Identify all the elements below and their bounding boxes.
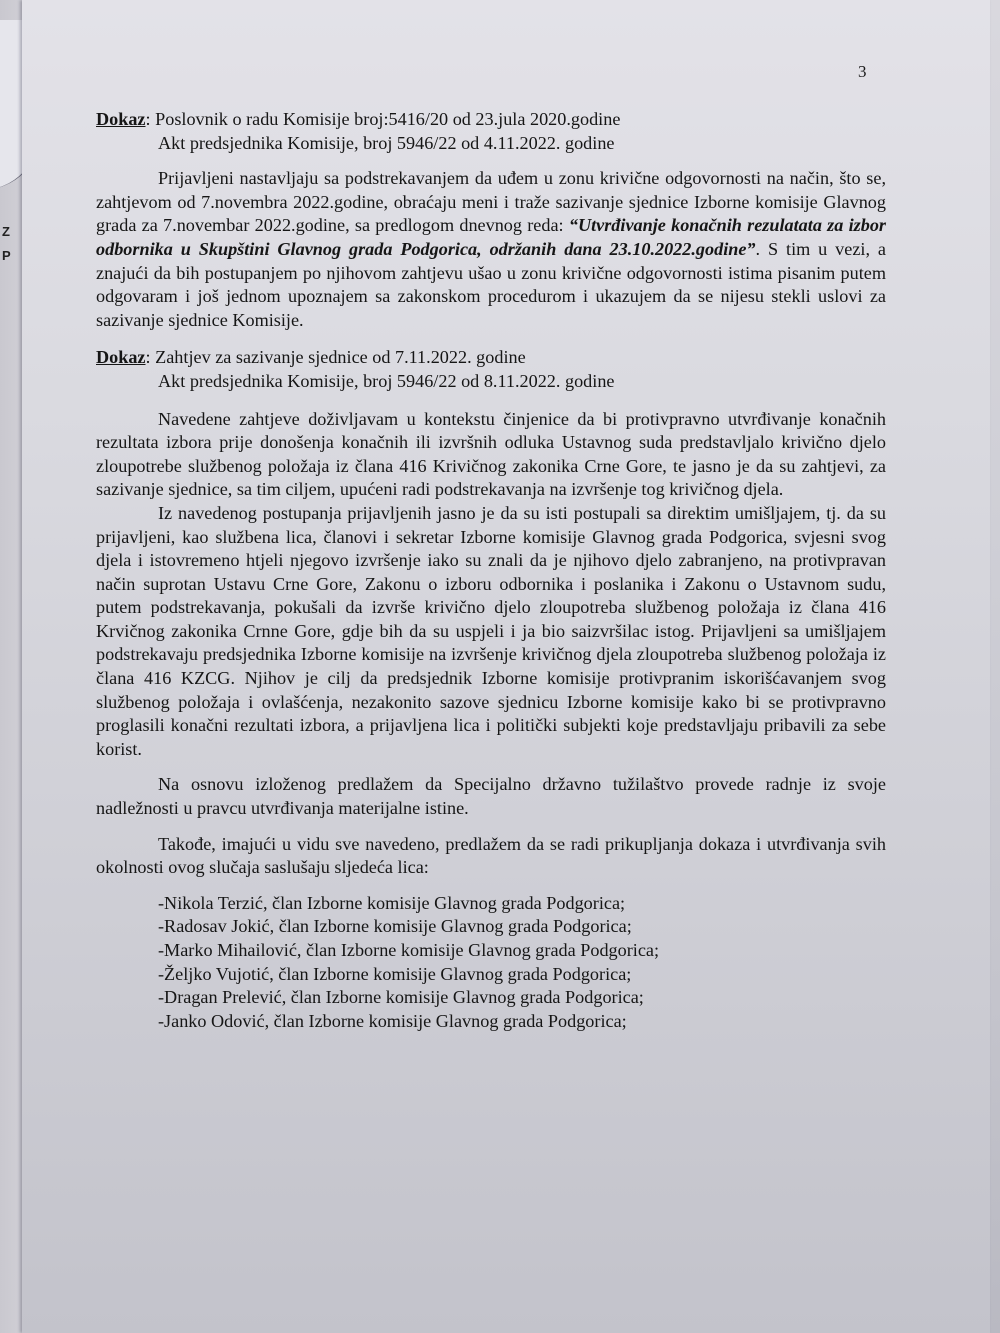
paragraph-intent: Iz navedenog postupanja prijavljenih jas… [96, 502, 886, 762]
paragraph-request: Prijavljeni nastavljaju sa podstrekavanj… [96, 167, 886, 332]
edge-letter: P [2, 248, 11, 263]
witness-item: -Marko Mihailović, član Izborne komisije… [158, 939, 886, 963]
witness-item: -Nikola Terzić, član Izborne komisije Gl… [158, 892, 886, 916]
paragraph-context: Navedene zahtjeve doživljavam u kontekst… [96, 408, 886, 502]
evidence-item: Akt predsjednika Komisije, broj 5946/22 … [96, 370, 886, 394]
edge-letter: Z [2, 224, 10, 239]
evidence-label: Dokaz [96, 347, 146, 367]
witness-item: -Željko Vujotić, član Izborne komisije G… [158, 963, 886, 987]
witness-list: -Nikola Terzić, član Izborne komisije Gl… [96, 892, 886, 1034]
witness-item: -Janko Odović, član Izborne komisije Gla… [158, 1010, 886, 1034]
document-page: 3 Dokaz: Poslovnik o radu Komisije broj:… [22, 0, 990, 1333]
paragraph-proposal: Na osnovu izloženog predlažem da Specija… [96, 773, 886, 820]
page-number: 3 [858, 62, 867, 82]
paragraph-witnesses-intro: Takođe, imajući u vidu sve navedeno, pre… [96, 833, 886, 880]
evidence-item: Zahtjev za sazivanje sjednice od 7.11.20… [151, 347, 526, 367]
document-body: Dokaz: Poslovnik o radu Komisije broj:54… [96, 108, 886, 1033]
witness-item: -Radosav Jokić, član Izborne komisije Gl… [158, 915, 886, 939]
evidence-block-2: Dokaz: Zahtjev za sazivanje sjednice od … [96, 346, 886, 393]
witness-item: -Dragan Prelević, član Izborne komisije … [158, 986, 886, 1010]
evidence-item: Poslovnik o radu Komisije broj:5416/20 o… [151, 109, 621, 129]
evidence-label: Dokaz [96, 109, 146, 129]
evidence-block-1: Dokaz: Poslovnik o radu Komisije broj:54… [96, 108, 886, 155]
evidence-item: Akt predsjednika Komisije, broj 5946/22 … [96, 132, 886, 156]
